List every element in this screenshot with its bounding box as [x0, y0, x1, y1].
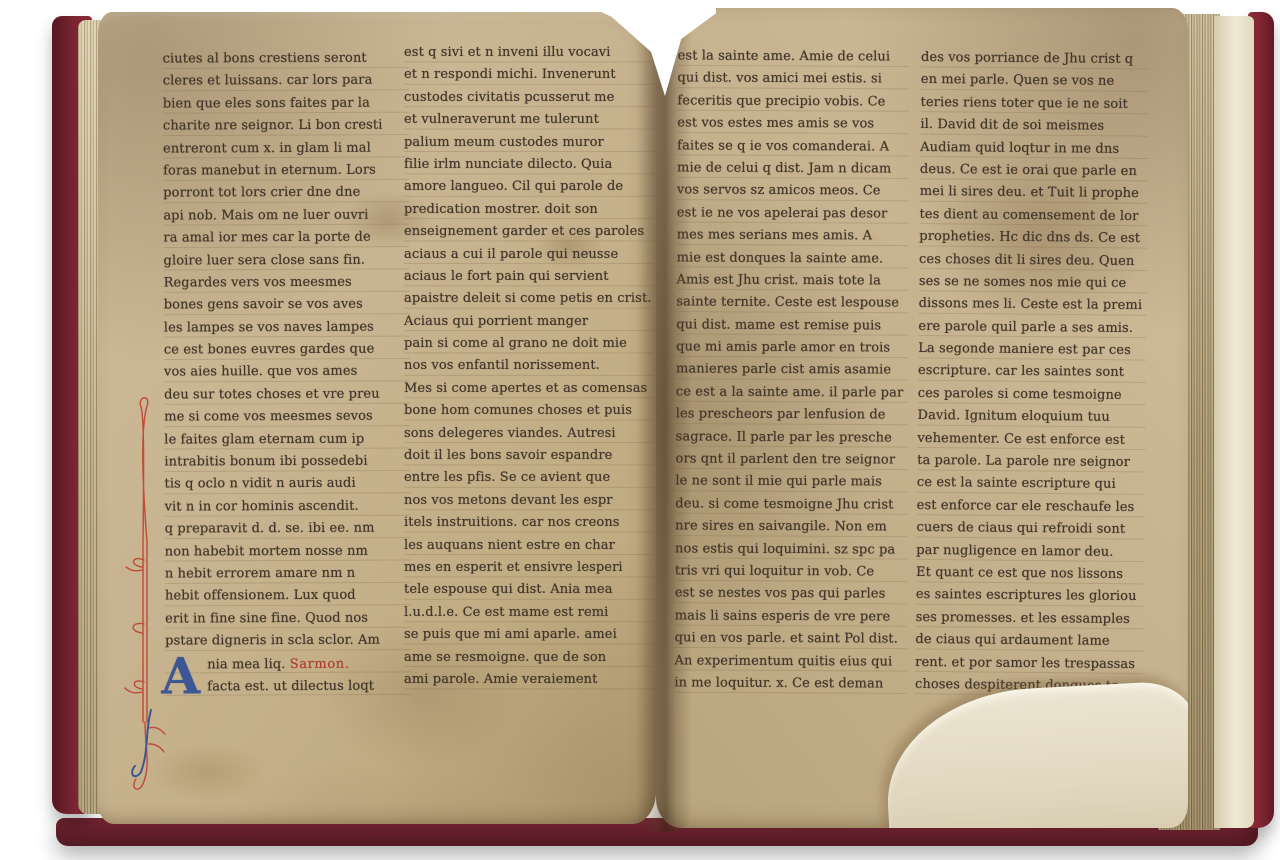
manuscript-line: tes dient au comensement de lor [919, 204, 1147, 229]
manuscript-line: itels instruitions. car nos creons [404, 512, 654, 534]
manuscript-line: vos aies huille. que vos ames [164, 361, 410, 384]
manuscript-line: faites se q ie vos comanderai. A [677, 135, 909, 159]
manuscript-line: ce est bones euvres gardes que [164, 339, 410, 362]
manuscript-line: foras manebut in eternum. Lors [163, 159, 409, 182]
manuscript-line: il. David dit de soi meismes [920, 114, 1148, 139]
illuminated-initial-block: A nia mea liq. Sarmon. facta est. ut dil… [165, 653, 411, 699]
manuscript-line: doit il les bons savoir espandre [404, 445, 654, 467]
manuscript-line: non habebit mortem nosse nm [165, 540, 411, 563]
manuscript-line: ere parole quil parle a ses amis. [918, 316, 1146, 341]
right-page: est la sainte ame. Amie de celuiqui dist… [656, 8, 1188, 828]
manuscript-line: deu. si come tesmoigne Jhu crist [675, 493, 907, 517]
manuscript-line: ame se resmoigne. que de son [404, 647, 654, 669]
manuscript-line: tis q oclo n vidit n auris audi [164, 473, 410, 496]
manuscript-line: est ie ne vos apelerai pas desor [677, 202, 909, 226]
manuscript-line: entre les pfis. Se ce avient que [404, 467, 654, 489]
manuscript-line: cuers de ciaus qui refroidi sont [916, 517, 1144, 542]
manuscript-line: tele espouse qui dist. Ania mea [404, 579, 654, 601]
manuscript-line: propheties. Hc dic dns ds. Ce est [919, 226, 1147, 251]
manuscript-line: Mes si come apertes et as comensas [404, 378, 654, 400]
manuscript-line: tris vri qui loquitur in vob. Ce [675, 560, 907, 584]
book-gutter [636, 6, 692, 832]
manuscript-line: des vos porriance de Jhu crist q [921, 47, 1149, 72]
manuscript-line: ors qnt il parlent den tre seignor [675, 448, 907, 472]
manuscript-line: est vos estes mes amis se vos [677, 113, 909, 137]
manuscript-line: teries riens toter que ie ne soit [920, 92, 1148, 117]
manuscript-line: Audiam quid loqtur in me dns [920, 136, 1148, 161]
parchment-natural-edge [882, 680, 1188, 828]
manuscript-line: ces choses dit li sires deu. Quen [919, 248, 1147, 273]
manuscript-line: qui en vos parle. et saint Pol dist. [675, 628, 907, 652]
manuscript-line: hebit offensionem. Lux quod [165, 585, 411, 608]
manuscript-line: se puis que mi ami aparle. amei [404, 624, 654, 646]
manuscript-line: porront tot lors crier dne dne [163, 182, 409, 205]
manuscript-line: vos servos sz amicos meos. Ce [677, 180, 909, 204]
manuscript-line: rent. et por samor les trespassas [915, 651, 1143, 676]
manuscript-line: ces paroles si come tesmoigne [918, 383, 1146, 408]
manuscript-line: bone hom comunes choses et puis [404, 400, 654, 422]
manuscript-line: David. Ignitum eloquium tuu [917, 405, 1145, 430]
manuscript-line: ta parole. La parole nre seignor [917, 450, 1145, 475]
manuscript-line: gloire luer sera close sans fin. [163, 249, 409, 272]
manuscript-line: cleres et luissans. car lors para [163, 70, 409, 93]
manuscript-line: qui dist. vos amici mei estis. si [677, 68, 909, 92]
manuscript-line: deu sur totes choses et vre preu [164, 383, 410, 406]
manuscript-line: bones gens savoir se vos aves [164, 294, 410, 317]
manuscript-line: ciutes al bons crestiens seront [163, 47, 409, 70]
left-page: ciutes al bons crestiens serontcleres et… [98, 12, 656, 824]
manuscript-line: ses se ne somes nos mie qui ce [919, 271, 1147, 296]
manuscript-line: ce est a la sainte ame. il parle par [676, 381, 908, 405]
manuscript-line: est se nestes vos pas qui parles [675, 583, 907, 607]
manuscript-line: aciaus a cui il parole qui neusse [404, 244, 654, 266]
manuscript-line: aciaus le fort pain qui servient [404, 266, 654, 288]
manuscript-line: les lampes se vos naves lampes [164, 316, 410, 339]
manuscript-line: Regardes vers vos meesmes [164, 271, 410, 294]
manuscript-lines: est la sainte ame. Amie de celuiqui dist… [674, 45, 909, 696]
manuscript-line: le ne sont il mie qui parle mais [675, 471, 907, 495]
manuscript-line: ce est la sainte escripture qui [917, 472, 1145, 497]
manuscript-line: Et quant ce est que nos lissons [916, 562, 1144, 587]
manuscript-line: vehementer. Ce est enforce est [917, 428, 1145, 453]
manuscript-line: q preparavit d. d. se. ibi ee. nm [165, 518, 411, 541]
manuscript-line: deus. Ce est ie orai que parle en [920, 159, 1148, 184]
right-page-column-1: est la sainte ame. Amie de celuiqui dist… [674, 45, 909, 696]
manuscript-line: predication mostrer. doit son [404, 199, 654, 221]
manuscript-line: que mi amis parle amor en trois [676, 336, 908, 360]
manuscript-line: nia mea liq. Sarmon. [207, 653, 374, 676]
manuscript-line: mes en esperit et ensivre lesperi [404, 557, 654, 579]
manuscript-line: sagrace. Il parle par les presche [676, 426, 908, 450]
initial-adjacent-lines: nia mea liq. Sarmon. facta est. ut dilec… [207, 653, 374, 699]
right-page-column-2: des vos porriance de Jhu crist qen mei p… [915, 47, 1149, 698]
left-page-column-2: est q sivi et n inveni illu vocaviet n r… [404, 42, 654, 691]
manuscript-line: La segonde maniere est par ces [918, 338, 1146, 363]
manuscript-line: erit in fine sine fine. Quod nos [165, 607, 411, 630]
manuscript-line: ra amal ior mes car la porte de [163, 227, 409, 250]
manuscript-line: in me loquitur. x. Ce est deman [674, 672, 906, 696]
manuscript-lines: ciutes al bons crestiens serontcleres et… [163, 47, 412, 653]
manuscript-line: les prescheors par lenfusion de [676, 404, 908, 428]
manuscript-line: filie irlm nunciate dilecto. Quia [404, 154, 654, 176]
manuscript-line: et n respondi michi. Invenerunt [404, 64, 654, 86]
manuscript-line: le faites glam eternam cum ip [164, 428, 410, 451]
rubric-sermon: Sarmon. [290, 656, 350, 671]
manuscript-line: intrabitis bonum ibi possedebi [164, 450, 410, 473]
penwork-flourish [124, 392, 168, 802]
manuscript-line: enseignement garder et ces paroles [404, 221, 654, 243]
manuscript-line: manieres parle cist amis asamie [676, 359, 908, 383]
manuscript-line: amore langueo. Cil qui parole de [404, 176, 654, 198]
left-page-column-1: ciutes al bons crestiens serontcleres et… [163, 47, 412, 698]
manuscript-lines: est q sivi et n inveni illu vocaviet n r… [404, 42, 654, 691]
manuscript-line: apaistre deleit si come petis en crist. [404, 288, 654, 310]
manuscript-line: est enforce car ele reschaufe les [917, 495, 1145, 520]
manuscript-line: mei li sires deu. et Tuit li prophe [920, 181, 1148, 206]
manuscript-line: est q sivi et n inveni illu vocavi [404, 42, 654, 64]
manuscript-line: ami parole. Amie veraiement [404, 669, 654, 691]
manuscript-line: palium meum custodes muror [404, 132, 654, 154]
manuscript-line: me si come vos meesmes sevos [164, 406, 410, 429]
manuscript-line: nos vos metons devant les espr [404, 490, 654, 512]
manuscript-line: qui dist. mame est remise puis [676, 314, 908, 338]
manuscript-line: mais li sains esperis de vre pere [675, 605, 907, 629]
manuscript-line: An experimentum quitis eius qui [674, 650, 906, 674]
manuscript-line: custodes civitatis pcusserut me [404, 87, 654, 109]
manuscript-line: les auquans nient estre en char [404, 535, 654, 557]
manuscript-line: entreront cum x. in glam li mal [163, 137, 409, 160]
manuscript-line: bien que eles sons faites par la [163, 92, 409, 115]
manuscript-line: mes mes serians mes amis. A [677, 225, 909, 249]
manuscript-line: Aciaus qui porrient manger [404, 311, 654, 333]
endpaper-strip [1214, 16, 1254, 828]
manuscript-line: sons delegeres viandes. Autresi [404, 423, 654, 445]
manuscript-line: vit n in cor hominis ascendit. [165, 495, 411, 518]
manuscript-line: en mei parle. Quen se vos ne [921, 69, 1149, 94]
manuscript-line: par nugligence en lamor deu. [916, 539, 1144, 564]
manuscript-line: escripture. car les saintes sont [918, 360, 1146, 385]
open-manuscript-book: ciutes al bons crestiens serontcleres et… [52, 6, 1274, 846]
manuscript-line: de ciaus qui ardaument lame [915, 629, 1143, 654]
manuscript-line: pstare digneris in scla sclor. Am [165, 630, 411, 653]
manuscript-line: dissons mes li. Ceste est la premi [919, 293, 1147, 318]
manuscript-line: est la sainte ame. Amie de celui [678, 45, 910, 69]
initial-descender [132, 710, 151, 776]
manuscript-line: charite nre seignor. Li bon cresti [163, 115, 409, 138]
manuscript-line: ses promesses. et les essamples [916, 607, 1144, 632]
manuscript-line: es saintes escriptures les gloriou [916, 584, 1144, 609]
manuscript-line: nos vos enfantil norissement. [404, 355, 654, 377]
manuscript-line: pain si come al grano ne doit mie [404, 333, 654, 355]
manuscript-line: mie est donques la sainte ame. [677, 247, 909, 271]
manuscript-line: mie de celui q dist. Jam n dicam [677, 157, 909, 181]
manuscript-line: n hebit errorem amare nm n [165, 562, 411, 585]
manuscript-line-text: nia mea liq. [207, 657, 285, 672]
manuscript-line: facta est. ut dilectus loqt [207, 676, 374, 699]
manuscript-lines: des vos porriance de Jhu crist qen mei p… [915, 47, 1149, 698]
manuscript-line: feceritis que precipio vobis. Ce [677, 90, 909, 114]
manuscript-line: et vulneraverunt me tulerunt [404, 109, 654, 131]
manuscript-line: Amis est Jhu crist. mais tote la [676, 269, 908, 293]
manuscript-line: l.u.d.l.e. Ce est mame est remi [404, 602, 654, 624]
manuscript-line: api nob. Mais om ne luer ouvri [163, 204, 409, 227]
manuscript-line: nos estis qui loquimini. sz spc pa [675, 538, 907, 562]
manuscript-line: nre sires en saivangile. Non em [675, 516, 907, 540]
manuscript-line: sainte ternite. Ceste est lespouse [676, 292, 908, 316]
